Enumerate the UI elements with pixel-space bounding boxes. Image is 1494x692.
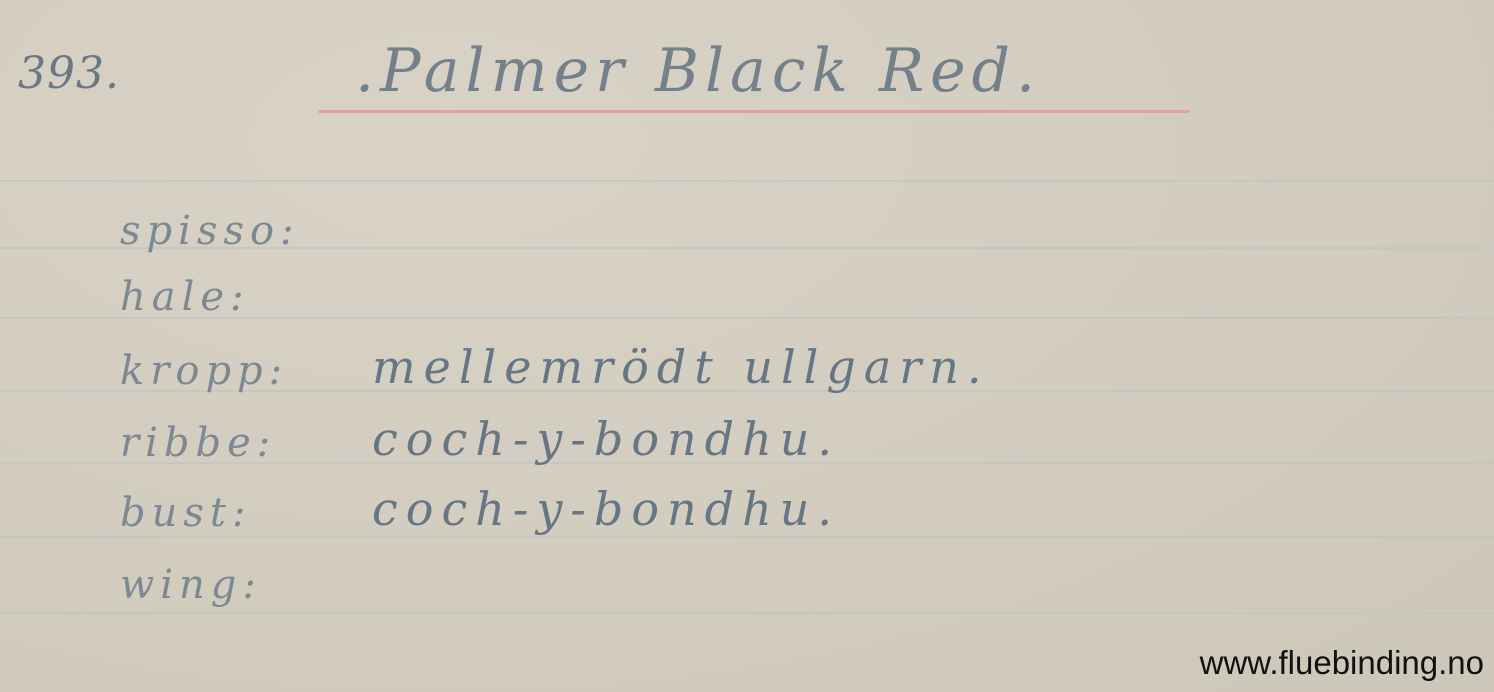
field-label-spisso: spisso: [120, 208, 300, 254]
field-label-hale: hale: [120, 274, 250, 320]
watermark-url: www.fluebinding.no [1200, 644, 1484, 682]
field-label-ribbe: ribbe: [120, 420, 276, 466]
ruled-line [0, 612, 1494, 614]
field-value-bust: coch-y-bondhu. [372, 482, 840, 536]
field-value-kropp: mellemrödt ullgarn. [372, 340, 990, 394]
title-underline [318, 110, 1190, 113]
ruled-line [0, 536, 1494, 538]
notebook-page: 393. .Palmer Black Red. spisso: hale: kr… [0, 0, 1494, 692]
ruled-line [0, 180, 1494, 182]
field-label-kropp: kropp: [120, 348, 288, 394]
field-label-wing: wing: [120, 562, 262, 608]
field-value-ribbe: coch-y-bondhu. [372, 412, 840, 466]
field-label-bust: bust: [120, 490, 251, 536]
entry-title: .Palmer Black Red. [355, 36, 1041, 106]
entry-number: 393. [18, 48, 120, 99]
